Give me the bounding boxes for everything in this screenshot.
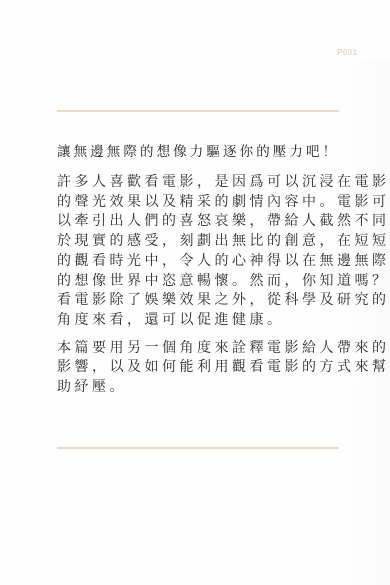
page-number: P001 [337, 48, 358, 57]
paragraph-line: 的聲光效果以及精采的劇情內容中。電影可 [57, 193, 347, 213]
paragraph-line: 影響，以及如何能利用觀看電影的方式來幫 [57, 358, 347, 378]
top-divider [57, 110, 339, 112]
paragraph-line: 許多人喜歡看電影，是因爲可以沉浸在電影 [57, 173, 347, 193]
article-body: 讓無邊無際的想像力驅逐你的壓力吧！ 許多人喜歡看電影，是因爲可以沉浸在電影 的聲… [57, 144, 347, 406]
paragraph-line: 角度來看，還可以促進健康。 [57, 311, 347, 331]
document-page: P001 讓無邊無際的想像力驅逐你的壓力吧！ 許多人喜歡看電影，是因爲可以沉浸在… [0, 0, 390, 585]
paragraph-line: 看電影除了娛樂效果之外，從科學及研究的 [57, 291, 347, 311]
paragraph-line: 本篇要用另一個角度來詮釋電影給人帶來的 [57, 339, 347, 359]
paragraph-line: 以牽引出人們的喜怒哀樂，帶給人截然不同 [57, 212, 347, 232]
paragraph-intro: 許多人喜歡看電影，是因爲可以沉浸在電影 的聲光效果以及精采的劇情內容中。電影可 … [57, 173, 347, 331]
paragraph-line: 助紓壓。 [57, 378, 347, 398]
paragraph-line: 的想像世界中恣意暢懷。然而，你知道嗎？ [57, 272, 347, 292]
bottom-divider [57, 447, 339, 449]
article-heading: 讓無邊無際的想像力驅逐你的壓力吧！ [57, 144, 347, 161]
paragraph-purpose: 本篇要用另一個角度來詮釋電影給人帶來的 影響，以及如何能利用觀看電影的方式來幫 … [57, 339, 347, 398]
page-edge-shade [345, 60, 390, 585]
paragraph-line: 於現實的感受，刻劃出無比的創意，在短短 [57, 232, 347, 252]
paragraph-line: 的觀看時光中，令人的心神得以在無邊無際 [57, 252, 347, 272]
